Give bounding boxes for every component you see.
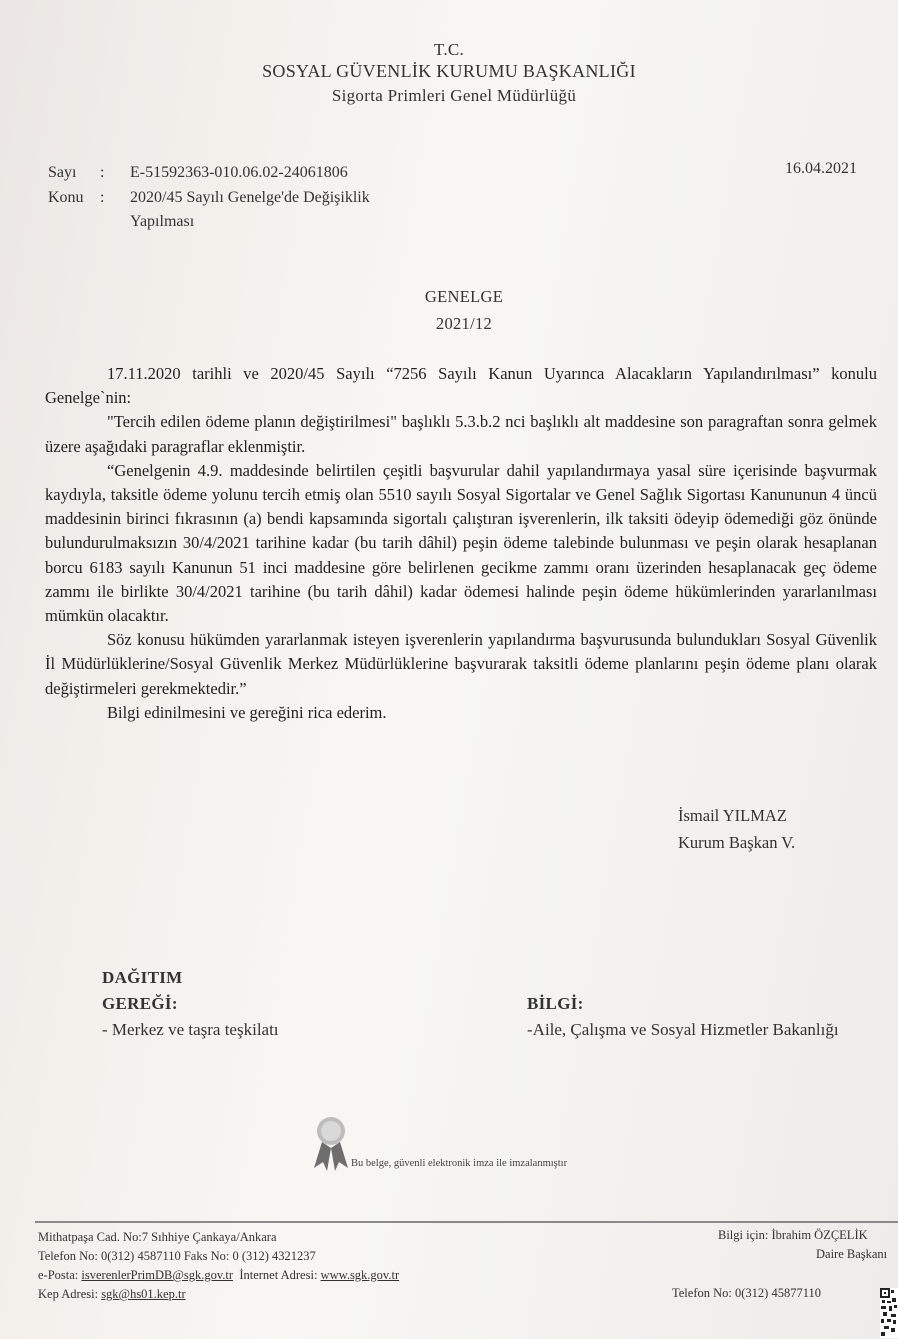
gerekli-item: - Merkez ve taşra teşkilatı xyxy=(102,1017,279,1043)
sayi-separator: : xyxy=(100,164,130,182)
body-paragraph: Söz konusu hükümden yararlanmak isteyen … xyxy=(45,628,877,701)
sayi-row: Sayı:E-51592363-010.06.02-24061806 xyxy=(48,164,348,182)
header-institution: SOSYAL GÜVENLİK KURUMU BAŞKANLIĞI xyxy=(0,61,898,82)
footer-contact-title: Daire Başkanı xyxy=(816,1245,887,1264)
esign-note: Bu belge, güvenli elektronik imza ile im… xyxy=(351,1158,567,1169)
footer-kep-link[interactable]: sgk@hs01.kep.tr xyxy=(101,1287,185,1301)
footer-kep-label: Kep Adresi: xyxy=(38,1287,98,1301)
distribution-left: DAĞITIM GEREĞİ: - Merkez ve taşra teşkil… xyxy=(102,965,279,1043)
gerekli-label: GEREĞİ: xyxy=(102,994,178,1013)
footer-phone-fax: Telefon No: 0(312) 4587110 Faks No: 0 (3… xyxy=(38,1247,399,1266)
konu-separator: : xyxy=(100,189,130,207)
sayi-label: Sayı xyxy=(48,164,100,182)
bilgi-item: -Aile, Çalışma ve Sosyal Hizmetler Bakan… xyxy=(527,1017,839,1043)
konu-value-cont: Yapılması xyxy=(130,213,194,231)
body-paragraph: "Tercih edilen ödeme planın değiştirilme… xyxy=(45,410,877,458)
distribution-heading: DAĞITIM xyxy=(102,968,183,987)
body-paragraph: “Genelgenin 4.9. maddesinde belirtilen ç… xyxy=(45,459,877,628)
document-type: GENELGE xyxy=(30,287,898,307)
footer-web-link[interactable]: www.sgk.gov.tr xyxy=(321,1268,400,1282)
distribution-right: BİLGİ: -Aile, Çalışma ve Sosyal Hizmetle… xyxy=(527,991,839,1043)
signatory-name: İsmail YILMAZ xyxy=(678,802,795,829)
document-body: 17.11.2020 tarihli ve 2020/45 Sayılı “72… xyxy=(45,362,877,725)
footer-contact-person: Bilgi için: İbrahim ÖZÇELİK xyxy=(718,1226,868,1245)
footer-web-label: İnternet Adresi: xyxy=(239,1268,317,1282)
signatory-block: İsmail YILMAZ Kurum Başkan V. xyxy=(678,802,795,856)
qr-code-icon xyxy=(880,1288,898,1339)
body-paragraph: 17.11.2020 tarihli ve 2020/45 Sayılı “72… xyxy=(45,362,877,410)
footer-contact: Mithatpaşa Cad. No:7 Sıhhiye Çankaya/Ank… xyxy=(38,1228,399,1304)
signatory-title: Kurum Başkan V. xyxy=(678,829,795,856)
konu-row: Konu:2020/45 Sayılı Genelge'de Değişikli… xyxy=(48,189,370,207)
bilgi-label: BİLGİ: xyxy=(527,994,584,1013)
document-number: 2021/12 xyxy=(30,314,898,334)
konu-value: 2020/45 Sayılı Genelge'de Değişiklik xyxy=(130,189,370,206)
ribbon-seal-icon xyxy=(310,1114,352,1177)
footer-email-label: e-Posta: xyxy=(38,1268,78,1282)
document-date: 16.04.2021 xyxy=(785,160,857,178)
footer-address: Mithatpaşa Cad. No:7 Sıhhiye Çankaya/Ank… xyxy=(38,1228,399,1247)
header-tc: T.C. xyxy=(0,40,898,60)
konu-label: Konu xyxy=(48,189,100,207)
footer-divider xyxy=(35,1221,898,1223)
header-directorate: Sigorta Primleri Genel Müdürlüğü xyxy=(10,86,898,106)
footer-email-link[interactable]: isverenlerPrimDB@sgk.gov.tr xyxy=(81,1268,233,1282)
sayi-value: E-51592363-010.06.02-24061806 xyxy=(130,164,348,181)
body-paragraph: Bilgi edinilmesini ve gereğini rica eder… xyxy=(45,701,877,725)
footer-contact-phone: Telefon No: 0(312) 45877110 xyxy=(672,1284,821,1303)
